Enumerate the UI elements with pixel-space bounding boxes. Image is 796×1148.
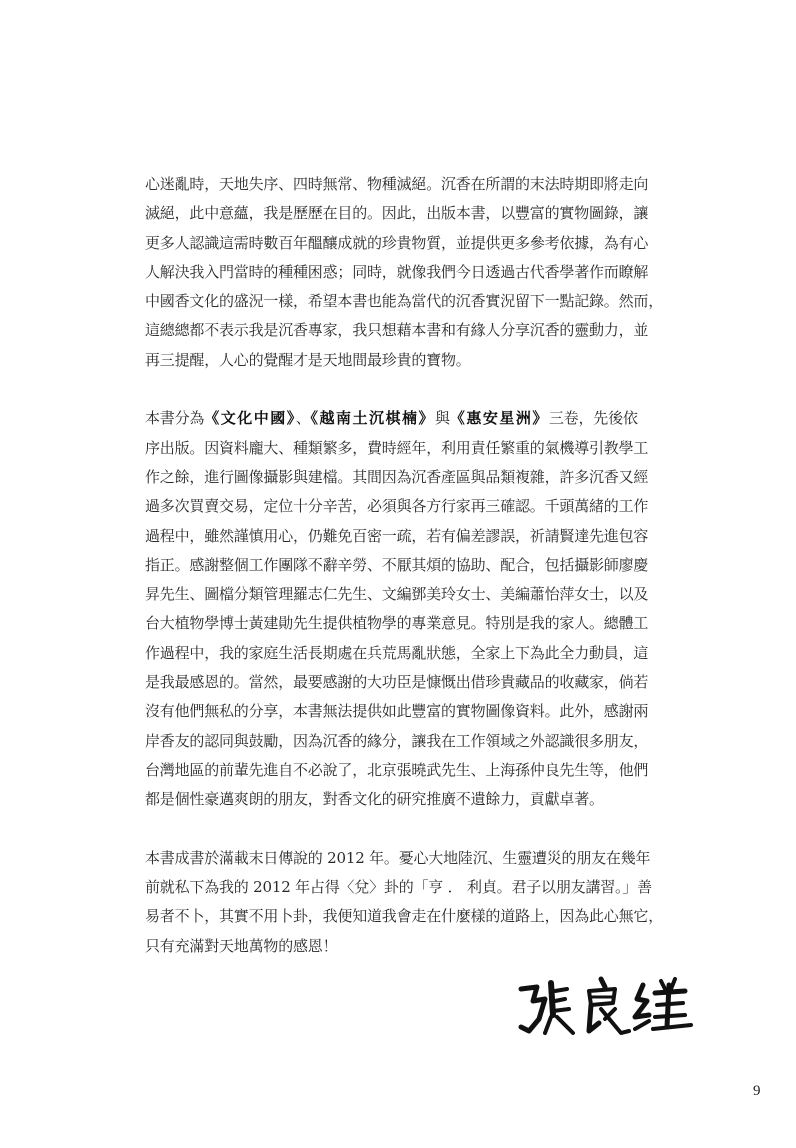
text-line-with-book-titles: 本書分為《文化中國》、《越南土沉棋楠》與《惠安星洲》三卷，先後依 [145, 404, 665, 433]
text-fragment: 與 [435, 409, 450, 427]
text-line: 都是個性豪邁爽朗的朋友，對香文化的研究推廣不遺餘力，貢獻卓著。 [145, 785, 665, 814]
text-line: 心迷亂時，天地失序、四時無常、物種滅絕。沉香在所謂的末法時期即將走向 [145, 170, 665, 199]
text-line: 易者不卜，其實不用卜卦，我便知道我會走在什麼樣的道路上，因為此心無它， [145, 902, 665, 931]
text-line: 過程中，雖然謹慎用心，仍難免百密一疏，若有偏差謬誤，祈請賢達先進包容 [145, 522, 665, 551]
text-line: 昇先生、圖檔分類管理羅志仁先生、文編鄧美玲女士、美編蕭怡萍女士，以及 [145, 580, 665, 609]
text-line: 再三提醒，人心的覺醒才是天地間最珍貴的寶物。 [145, 346, 665, 375]
text-fragment: 本書分為 [145, 409, 204, 427]
text-line: 過多次買賣交易，定位十分辛苦，必須與各方行家再三確認。千頭萬緒的工作 [145, 492, 665, 521]
text-line: 只有充滿對天地萬物的感恩！ [145, 932, 665, 961]
text-line: 岸香友的認同與鼓勵，因為沉香的緣分，讓我在工作領域之外認識很多朋友， [145, 727, 665, 756]
book-title-culture-china: 《文化中國》 [204, 409, 296, 427]
text-line: 作過程中，我的家庭生活長期處在兵荒馬亂狀態，全家上下為此全力動員，這 [145, 639, 665, 668]
calligraphy-signature-icon [515, 975, 695, 1045]
text-line: 作之餘，進行圖像攝影與建檔。其間因為沉香產區與品類複雜，許多沉香又經 [145, 463, 665, 492]
page-number: 9 [753, 1083, 761, 1100]
text-line: 指正。感謝整個工作團隊不辭辛勞、不厭其煩的協助、配合，包括攝影師廖慶 [145, 551, 665, 580]
text-line: 前就私下為我的 2012 年占得〈兌〉卦的「亨 ． 利貞。君子以朋友講習。」善 [145, 873, 665, 902]
text-line: 中國香文化的盛況一樣，希望本書也能為當代的沉香實況留下一點記錄。然而， [145, 287, 665, 316]
text-line: 序出版。因資料龐大、種類繁多，費時經年，利用責任繁重的氣機導引教學工 [145, 434, 665, 463]
text-line: 台灣地區的前輩先進自不必說了，北京張曉武先生、上海孫仲良先生等，他們 [145, 756, 665, 785]
text-fragment: 、 [296, 409, 311, 427]
paragraph-3: 本書成書於滿載末日傳說的 2012 年。憂心大地陸沉、生靈遭災的朋友在幾年 前就… [145, 844, 665, 961]
book-page: 心迷亂時，天地失序、四時無常、物種滅絕。沉香在所謂的末法時期即將走向 滅絕，此中… [0, 0, 796, 1148]
text-line: 人解決我入門當時的種種困惑；同時，就像我們今日透過古代香學著作而瞭解 [145, 258, 665, 287]
text-line: 沒有他們無私的分享，本書無法提供如此豐富的實物圖像資料。此外，感謝兩 [145, 697, 665, 726]
paragraph-1: 心迷亂時，天地失序、四時無常、物種滅絕。沉香在所謂的末法時期即將走向 滅絕，此中… [145, 170, 665, 375]
book-title-vietnam-agarwood: 《越南土沉棋楠》 [311, 409, 436, 427]
text-line: 更多人認識這需時數百年醞釀成就的珍貴物質，並提供更多參考依據，為有心 [145, 229, 665, 258]
text-line: 是我最感恩的。當然，最要感謝的大功臣是慷慨出借珍貴藏品的收藏家，倘若 [145, 668, 665, 697]
text-line: 這總總都不表示我是沉香專家，我只想藉本書和有緣人分享沉香的靈動力，並 [145, 316, 665, 345]
book-title-huian-xingzhou: 《惠安星洲》 [450, 409, 549, 427]
author-signature: 張良继 [515, 975, 695, 1045]
text-fragment: 三卷，先後依 [549, 409, 638, 427]
text-line: 滅絕，此中意蘊，我是歷歷在目的。因此，出版本書，以豐富的實物圖錄，讓 [145, 199, 665, 228]
text-line: 本書成書於滿載末日傳說的 2012 年。憂心大地陸沉、生靈遭災的朋友在幾年 [145, 844, 665, 873]
paragraph-2: 本書分為《文化中國》、《越南土沉棋楠》與《惠安星洲》三卷，先後依 序出版。因資料… [145, 404, 665, 814]
body-text: 心迷亂時，天地失序、四時無常、物種滅絕。沉香在所謂的末法時期即將走向 滅絕，此中… [145, 170, 665, 961]
text-line: 台大植物學博士黃建勛先生提供植物學的專業意見。特別是我的家人。總體工 [145, 609, 665, 638]
